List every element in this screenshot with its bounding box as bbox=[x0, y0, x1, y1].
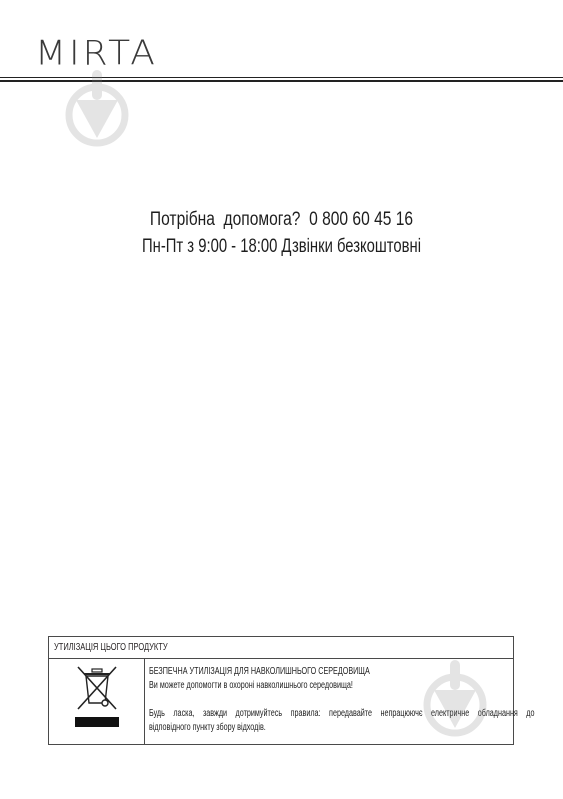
help-phone-line: Потрібна допомога? 0 800 60 45 16 bbox=[51, 209, 513, 231]
download-arrow-icon bbox=[420, 660, 490, 740]
disposal-header: УТИЛІЗАЦІЯ ЦЬОГО ПРОДУКТУ bbox=[49, 637, 513, 659]
crossed-out-wheelie-bin-icon bbox=[76, 665, 118, 711]
separate-collection-bar bbox=[75, 717, 119, 727]
brand-logo: MIRTA bbox=[35, 37, 158, 71]
disposal-header-text: УТИЛІЗАЦІЯ ЦЬОГО ПРОДУКТУ bbox=[54, 637, 168, 659]
help-hours-line: Пн-Пт з 9:00 - 18:00 Дзвінки безкоштовні bbox=[62, 236, 501, 258]
disposal-body-line2: відповідного пункту збору відходів. bbox=[149, 722, 266, 733]
download-arrow-icon bbox=[62, 70, 132, 150]
disposal-subtitle: Ви можете допомогти в охороні навколишнь… bbox=[149, 680, 353, 691]
disposal-icon-cell bbox=[49, 659, 145, 744]
disposal-title: БЕЗПЕЧНА УТИЛІЗАЦІЯ ДЛЯ НАВКОЛИШНЬОГО СЕ… bbox=[149, 666, 370, 677]
